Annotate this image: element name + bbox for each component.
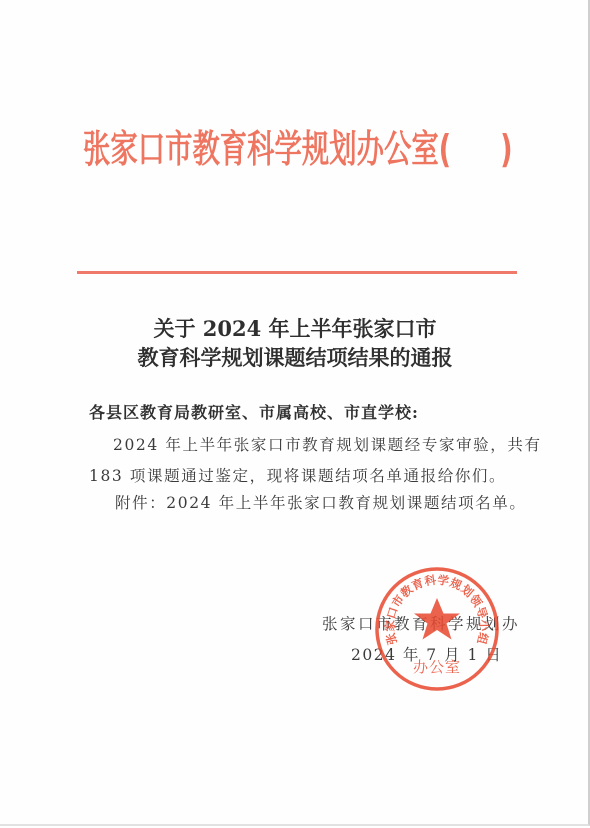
document-title-line-2: 教育科学规划课题结项结果的通报 xyxy=(0,342,590,372)
letterhead-red-rule xyxy=(77,271,517,274)
document-title-line-1: 关于 2024 年上半年张家口市 xyxy=(0,313,590,343)
letterhead-closing-paren: ) xyxy=(500,127,513,171)
seal-arc-text: 张家口市教育科学规划领导小组 xyxy=(383,573,491,646)
signature-issuer: 张家口市教育科学规划办 xyxy=(322,612,520,634)
body-paragraph-line-1: 2024 年上半年张家口市教育规划课题经专家审验，共有 xyxy=(113,433,542,455)
letterhead-org-name: 张家口市教育科学规划办公室( xyxy=(83,127,451,171)
signature-date: 2024 年 7 月 1 日 xyxy=(351,643,502,665)
body-paragraph-line-2: 183 项课题通过鉴定，现将课题结项名单通报给你们。 xyxy=(89,464,506,486)
letterhead-title: 张家口市教育科学规划办公室() xyxy=(83,124,400,174)
salutation: 各县区教育局教研室、市属高校、市直学校: xyxy=(89,400,419,423)
attachment-note: 附件：2024 年上半年张家口教育规划课题结项名单。 xyxy=(115,491,526,513)
document-page: 张家口市教育科学规划办公室() 关于 2024 年上半年张家口市 教育科学规划课… xyxy=(0,0,590,826)
svg-text:张家口市教育科学规划领导小组: 张家口市教育科学规划领导小组 xyxy=(383,573,491,646)
